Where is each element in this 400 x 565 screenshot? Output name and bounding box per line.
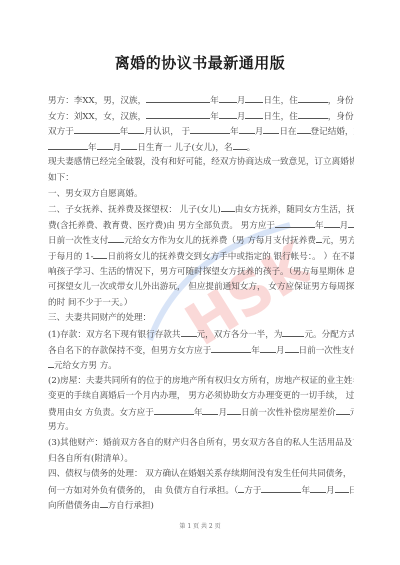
- line-text: 日生，住: [263, 112, 297, 122]
- document-line: 各自名下的存款保持不变，但男方女方应于年月日前一次性支付: [48, 343, 354, 359]
- line-text: 年: [301, 486, 310, 496]
- line-text: 年: [210, 112, 219, 122]
- line-text: 方于: [244, 486, 261, 496]
- document-line: 男方：李XX，男，汉族，年月日生，住，身份证号码：: [48, 93, 354, 109]
- line-text: 年: [120, 127, 129, 137]
- blank-field: [336, 405, 350, 415]
- line-text: 年: [251, 346, 260, 356]
- line-text: 月: [237, 96, 246, 106]
- blank-field: [335, 483, 349, 493]
- line-text: 登记结婚，婚后于: [311, 127, 354, 137]
- line-text: ，身份证号码：: [328, 112, 354, 122]
- line-text: 三、夫妻共同财产的处理：: [48, 313, 151, 323]
- blank-field: [108, 233, 124, 243]
- line-text: 年: [230, 127, 239, 137]
- line-text: 年: [88, 143, 97, 153]
- blank-field: [245, 93, 263, 103]
- blank-field: [324, 218, 340, 228]
- line-text: 月认识， 于: [144, 127, 190, 137]
- blank-field: [93, 249, 107, 259]
- blank-field: [221, 202, 235, 212]
- line-text: 四、债权与债务的处理： 双方确认在婚姻关系存续期间没有发生任何共同债务， 任: [48, 469, 354, 479]
- line-text: 现夫妻感情已经完全破裂，没有和好可能，经双方协商达成一致意见，订立离婚协议: [48, 157, 354, 167]
- page-number: 第 1 页 共 2 页: [0, 521, 400, 530]
- line-text: 一、男女双方自愿离婚。: [48, 189, 143, 199]
- line-text: 可探望女儿一次或带女儿外出游玩， 但应提前通知女方， 女方应保证男方每周探望: [48, 282, 354, 292]
- line-text: 月: [326, 486, 335, 496]
- document-line: 二、子女抚养、抚养费及探望权： 儿子(女儿)由女方抚养，随同女方生活，抚养: [48, 202, 354, 218]
- blank-field: [219, 109, 237, 119]
- line-text: 月: [237, 112, 246, 122]
- document-line: 日前一次性支付元给女方作为女儿的抚养费（男 方每月支付抚养费元，男方应: [48, 233, 354, 249]
- line-text: 女方：刘XX，女，汉族，: [48, 112, 146, 122]
- line-text: 于每月的 1-: [48, 252, 93, 262]
- line-text: 元，双方各分一半，为: [197, 330, 283, 340]
- document-line: 可探望女儿一次或带女儿外出游玩， 但应提前通知女方， 女方应保证男方每周探望: [48, 280, 354, 296]
- blank-field: [233, 140, 247, 150]
- blank-field: [74, 124, 120, 134]
- blank-field: [245, 109, 263, 119]
- blank-field: [97, 140, 113, 150]
- document-line: 年月日生育一 儿子(女儿)，名。: [48, 140, 354, 156]
- line-text: 日在: [279, 127, 296, 137]
- document-line: 于每月的 1-日前将女儿的抚养费交到女方手中或指定的 银行帐号：。 ）在不影: [48, 249, 354, 265]
- document-line: 费(含托养费、教育费、医疗费)由 男方全部负责。 男方应于年月: [48, 218, 354, 234]
- line-text: 日: [349, 486, 354, 496]
- line-text: 月: [340, 221, 349, 231]
- blank-field: [298, 109, 328, 119]
- line-text: (3)其他财产：婚前双方各自的财产归各自所有，男女双方各自的私人生活用品及首饰: [48, 438, 354, 448]
- document-line: 何一方如对外负有债务的， 由 负债方自行承担。（方于年月日: [48, 483, 354, 499]
- blank-field: [263, 124, 279, 134]
- line-text: 响孩子学习、生活的情况下，男方可随时探望女方抚养的孩子。（男方每星期休 息日: [48, 267, 354, 277]
- line-text: 月: [113, 143, 122, 153]
- line-text: 日前将女儿的抚养费交到女方手中或指定的 银行帐号：。 ）在不影: [107, 252, 354, 262]
- line-text: 男方：李XX，男，汉族，: [48, 96, 146, 106]
- line-text: 归各自所有(附清单）。: [48, 454, 133, 464]
- document-line: 响孩子学习、生活的情况下，男方可随时探望女方抚养的孩子。（男方每星期休 息日: [48, 265, 354, 281]
- line-text: 如下：: [48, 173, 74, 183]
- blank-field: [146, 93, 210, 103]
- blank-field: [348, 218, 354, 228]
- blank-field: [202, 405, 218, 415]
- blank-field: [181, 327, 197, 337]
- line-text: 何一方如对外负有债务的， 由 负债方自行承担。（: [48, 486, 238, 496]
- blank-field: [285, 343, 299, 353]
- line-text: 元给女方男 方。: [54, 361, 117, 371]
- line-text: 费(含托养费、教育费、医疗费)由 男方全部负责。 男方应于: [48, 221, 275, 231]
- line-text: 月: [276, 346, 285, 356]
- line-text: 日前一次性支付: [48, 236, 108, 246]
- line-text: 费用由女 方负责。女方应于: [48, 408, 154, 418]
- line-text: 各自名下的存款保持不变，但男方女方应于: [48, 346, 211, 356]
- line-text: 男方。: [48, 422, 74, 432]
- line-text: 向所借债务由: [48, 501, 100, 511]
- line-text: (2)房屋：夫妻共同所有的位于的房地产所有权归女方所有，房地产权证的业主姓名: [48, 376, 354, 386]
- line-text: 月: [255, 127, 264, 137]
- document-line: 四、债权与债务的处理： 双方确认在婚姻关系存续期间没有发生任何共同债务， 任: [48, 467, 354, 483]
- line-text: 日前一次性补偿房屋差价: [241, 408, 336, 418]
- line-text: 元给女方作为女儿的抚养费（男 方每月支付抚养费: [124, 236, 316, 246]
- blank-field: [310, 483, 326, 493]
- line-text: 方自行承担): [108, 501, 154, 511]
- document-line: 向所借债务由方自行承担): [48, 498, 354, 514]
- blank-field: [211, 343, 251, 353]
- document-line: 女方：刘XX，女，汉族，年月日生，住，身份证号码：: [48, 109, 354, 125]
- line-text: 年: [315, 221, 324, 231]
- blank-field: [48, 140, 88, 150]
- document-line: 如下：: [48, 171, 354, 187]
- line-text: (1)存款：双方名下现有银行存款共: [48, 330, 181, 340]
- document-page: 离婚的协议书最新通用版 HSK 男方：李XX，男，汉族，年月日生，住，身份证号码…: [0, 0, 400, 565]
- document-line: 元给女方男 方。: [48, 358, 354, 374]
- document-line: 三、夫妻共同财产的处理：: [48, 311, 354, 327]
- blank-field: [227, 405, 241, 415]
- blank-field: [219, 93, 237, 103]
- line-text: 变更的手续自离婚后一个月内办理， 男方必须协助女方办理变更的一切手续， 过户: [48, 391, 354, 401]
- document-title: 离婚的协议书最新通用版: [0, 52, 400, 73]
- blank-field: [154, 405, 194, 415]
- line-text: 的时 间不少于一天。）: [48, 298, 132, 308]
- line-text: 由女方抚养，随同女方生活，抚养: [235, 205, 354, 215]
- line-text: 月: [218, 408, 227, 418]
- line-text: 日生，住: [263, 96, 297, 106]
- document-line: (2)房屋：夫妻共同所有的位于的房地产所有权归女方所有，房地产权证的业主姓名: [48, 374, 354, 390]
- blank-field: [100, 498, 108, 508]
- document-body: 男方：李XX，男，汉族，年月日生，住，身份证号码：女方：刘XX，女，汉族，年月日…: [48, 93, 354, 514]
- document-line: 归各自所有(附清单）。: [48, 452, 354, 468]
- document-line: 一、男女双方自愿离婚。: [48, 187, 354, 203]
- line-text: 日生育一 儿子(女儿)，名: [137, 143, 232, 153]
- document-line: 费用由女 方负责。女方应于年月日前一次性补偿房屋差价元给: [48, 405, 354, 421]
- document-line: (1)存款：双方名下现有银行存款共元，双方各分一半，为元。分配方式：: [48, 327, 354, 343]
- line-text: 元给: [350, 408, 354, 418]
- blank-field: [298, 93, 328, 103]
- line-text: 二、子女抚养、抚养费及探望权： 儿子(女儿): [48, 205, 221, 215]
- document-line: 的时 间不少于一天。）: [48, 296, 354, 312]
- blank-field: [121, 140, 137, 150]
- document-line: 变更的手续自离婚后一个月内办理， 男方必须协助女方办理变更的一切手续， 过户: [48, 389, 354, 405]
- blank-field: [282, 327, 304, 337]
- line-text: 双方于: [48, 127, 74, 137]
- document-line: 现夫妻感情已经完全破裂，没有和好可能，经双方协商达成一致意见，订立离婚协议: [48, 155, 354, 171]
- line-text: 元，男方应: [322, 236, 354, 246]
- blank-field: [128, 124, 144, 134]
- line-text: 日前一次性支付: [299, 346, 354, 356]
- blank-field: [297, 124, 311, 134]
- blank-field: [260, 343, 276, 353]
- blank-field: [239, 124, 255, 134]
- document-line: (3)其他财产：婚前双方各自的财产归各自所有，男女双方各自的私人生活用品及首饰: [48, 436, 354, 452]
- line-text: ，身份证号码：: [328, 96, 354, 106]
- document-line: 男方。: [48, 420, 354, 436]
- blank-field: [146, 109, 210, 119]
- line-text: 。: [247, 143, 256, 153]
- blank-field: [190, 124, 230, 134]
- blank-field: [275, 218, 315, 228]
- document-line: 双方于年月认识， 于年月日在登记结婚，婚后于: [48, 124, 354, 140]
- line-text: 年: [194, 408, 203, 418]
- line-text: 元。分配方式：: [304, 330, 354, 340]
- blank-field: [261, 483, 301, 493]
- line-text: 年: [210, 96, 219, 106]
